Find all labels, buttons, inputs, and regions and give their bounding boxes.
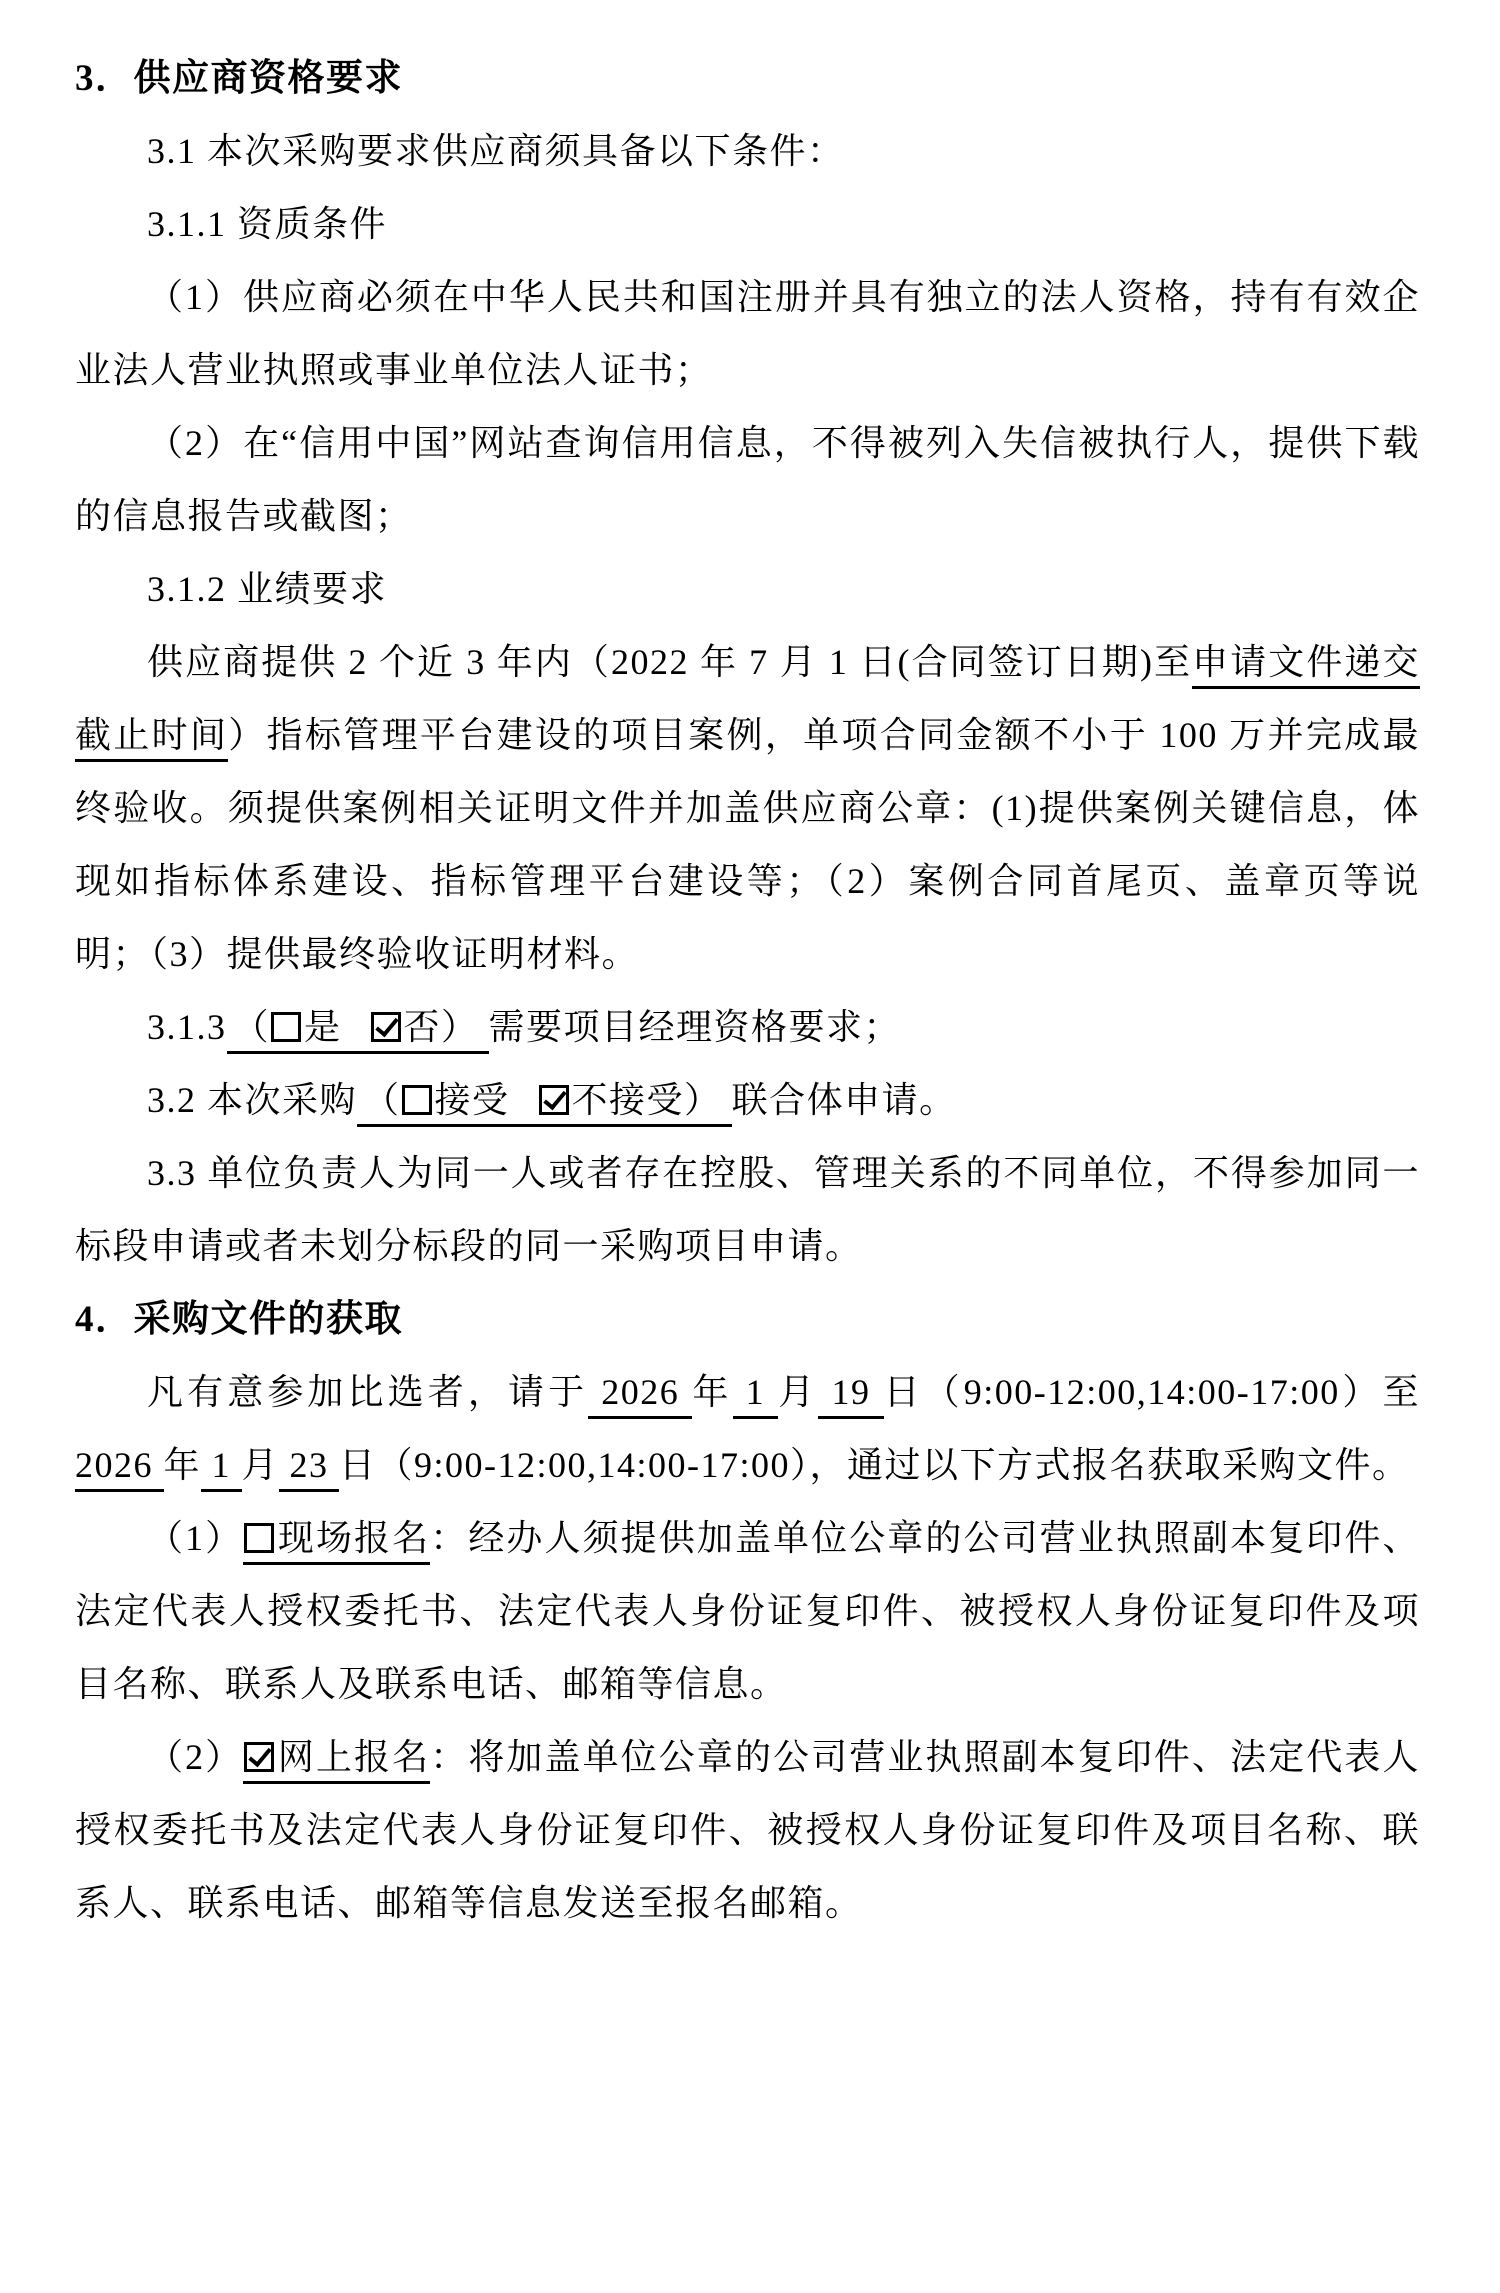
run-text: 年 bbox=[164, 1445, 202, 1485]
month-blank: 1 bbox=[733, 1372, 779, 1419]
para-qualification-item-2: （2）在“信用中国”网站查询信用信息，不得被列入失信被执行人，提供下载的信息报告… bbox=[75, 407, 1420, 553]
online-registration-option: 网上报名 bbox=[243, 1737, 430, 1784]
para-onsite-registration: （1）现场报名：经办人须提供加盖单位公章的公司营业执照副本复印件、法定代表人授权… bbox=[75, 1502, 1420, 1721]
run-text: 日（9:00-12:00,14:00-17:00）至 bbox=[884, 1372, 1420, 1412]
onsite-label: 现场报名 bbox=[277, 1518, 430, 1558]
run-text: 供应商提供 2 个近 3 年内（2022 年 7 月 1 日(合同签订日期)至 bbox=[147, 642, 1192, 682]
day-blank: 23 bbox=[279, 1445, 339, 1492]
item-number: （2） bbox=[147, 1737, 243, 1777]
section-4-heading: 4．采购文件的获取 bbox=[75, 1283, 1420, 1356]
open-paren: （ bbox=[233, 1007, 271, 1047]
run-text: 联合体申请。 bbox=[732, 1080, 957, 1120]
open-paren: （ bbox=[363, 1080, 401, 1120]
run-text: 日（9:00-12:00,14:00-17:00），通过以下方式报名获取采购文件… bbox=[339, 1445, 1410, 1485]
online-label: 网上报名 bbox=[277, 1737, 430, 1777]
onsite-registration-option: 现场报名 bbox=[243, 1518, 430, 1565]
section-3-heading: 3．供应商资格要求 bbox=[75, 42, 1420, 115]
item-number: （1） bbox=[147, 1518, 243, 1558]
para-3-1-3-project-manager: 3.1.3（是否）需要项目经理资格要求； bbox=[75, 991, 1420, 1064]
para-registration-dates: 凡有意参加比选者，请于 2026 年 1 月 19 日（9:00-12:00,1… bbox=[75, 1356, 1420, 1502]
para-online-registration: （2）网上报名：将加盖单位公章的公司营业执照副本复印件、法定代表人授权委托书及法… bbox=[75, 1721, 1420, 1940]
para-qualification-item-1: （1）供应商必须在中华人民共和国注册并具有独立的法人资格，持有有效企业法人营业执… bbox=[75, 261, 1420, 407]
online-checkbox-icon bbox=[244, 1742, 274, 1772]
onsite-checkbox-icon bbox=[244, 1523, 274, 1553]
yes-no-choice-blank: （是否） bbox=[227, 1007, 489, 1054]
run-text: 凡有意参加比选者，请于 bbox=[147, 1372, 588, 1412]
para-3-1: 3.1 本次采购要求供应商须具备以下条件： bbox=[75, 115, 1420, 188]
accept-reject-choice-blank: （接受不接受） bbox=[357, 1080, 732, 1127]
accept-checkbox-icon bbox=[402, 1085, 432, 1115]
year-blank: 2026 bbox=[588, 1372, 692, 1419]
para-3-2-consortium: 3.2 本次采购（接受不接受）联合体申请。 bbox=[75, 1064, 1420, 1137]
year-blank: 2026 bbox=[75, 1445, 164, 1492]
para-3-3-same-responsible-person: 3.3 单位负责人为同一人或者存在控股、管理关系的不同单位，不得参加同一标段申请… bbox=[75, 1137, 1420, 1283]
run-text: 3.2 本次采购 bbox=[147, 1080, 357, 1120]
reject-label: 不接受） bbox=[572, 1080, 722, 1120]
run-text: 月 bbox=[778, 1372, 818, 1412]
clause-number: 3.1.3 bbox=[147, 1007, 227, 1047]
para-3-1-1-title: 3.1.1 资质条件 bbox=[75, 188, 1420, 261]
run-text: 年 bbox=[692, 1372, 732, 1412]
accept-label: 接受 bbox=[435, 1080, 510, 1120]
para-performance-requirement: 供应商提供 2 个近 3 年内（2022 年 7 月 1 日(合同签订日期)至申… bbox=[75, 626, 1420, 991]
day-blank: 19 bbox=[818, 1372, 883, 1419]
month-blank: 1 bbox=[201, 1445, 242, 1492]
run-text: ）指标管理平台建设的项目案例，单项合同金额不小于 100 万并完成最终验收。须提… bbox=[75, 715, 1420, 974]
no-label: 否） bbox=[404, 1007, 479, 1047]
yes-checkbox-icon bbox=[271, 1012, 301, 1042]
yes-label: 是 bbox=[304, 1007, 342, 1047]
run-text: 月 bbox=[242, 1445, 280, 1485]
document-page: 3．供应商资格要求 3.1 本次采购要求供应商须具备以下条件： 3.1.1 资质… bbox=[0, 0, 1500, 2293]
run-text: 需要项目经理资格要求； bbox=[489, 1007, 902, 1047]
no-checkbox-icon bbox=[371, 1012, 401, 1042]
reject-checkbox-icon bbox=[539, 1085, 569, 1115]
para-3-1-2-title: 3.1.2 业绩要求 bbox=[75, 553, 1420, 626]
